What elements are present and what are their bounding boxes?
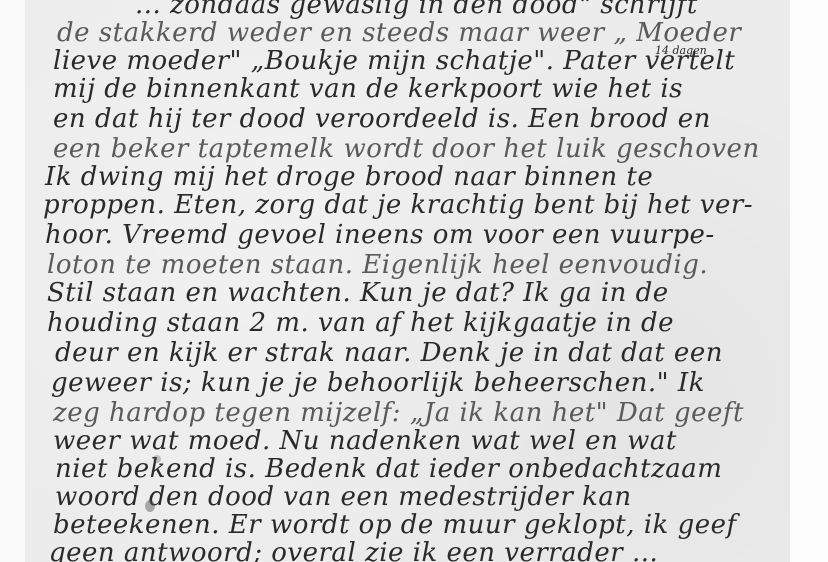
letter-page: ... zondaas gewaslig in den dood" schrij… [25,0,790,562]
handwritten-line: geen antwoord; overal zie ik een verrade… [49,538,658,562]
ink-smudge [145,500,155,512]
handwritten-line: weer wat moed. Nu nadenken wat wel en wa… [53,426,677,456]
handwritten-line: proppen. Eten, zorg dat je krachtig bent… [43,190,753,220]
handwritten-line: mij de binnenkant van de kerkpoort wie h… [53,74,683,104]
right-margin [790,0,828,562]
handwritten-line: woord den dood van een medestrijder kan [55,482,632,512]
handwritten-line: houding staan 2 m. van af het kijkgaatje… [47,308,674,338]
handwritten-line: Stil staan en wachten. Kun je dat? Ik ga… [47,278,669,308]
handwritten-line: zeg hardop tegen mijzelf: „Ja ik kan het… [53,398,744,428]
handwritten-line: deur en kijk er strak naar. Denk je in d… [55,338,723,368]
handwritten-line: een beker taptemelk wordt door het luik … [53,134,760,164]
handwritten-line: en dat hij ter dood veroordeeld is. Een … [53,104,711,134]
superscript-note: 14 dagen [655,44,707,57]
handwritten-line: ... zondaas gewaslig in den dood" schrij… [135,0,698,20]
left-margin [0,0,25,562]
handwritten-line: loton te moeten staan. Eigenlijk heel ee… [47,250,708,280]
handwritten-line: de stakkerd weder en steeds maar weer „ … [57,18,741,48]
handwritten-line: Ik dwing mij het droge brood naar binnen… [45,162,653,192]
handwritten-line: lieve moeder" „Boukje mijn schatje". Pat… [53,46,735,76]
handwritten-line: geweer is; kun je je behoorlijk beheersc… [51,368,705,398]
handwritten-line: beteekenen. Er wordt op de muur geklopt,… [53,510,737,540]
handwritten-line: hoor. Vreemd gevoel ineens om voor een v… [45,220,715,250]
ink-smudge [153,455,161,463]
